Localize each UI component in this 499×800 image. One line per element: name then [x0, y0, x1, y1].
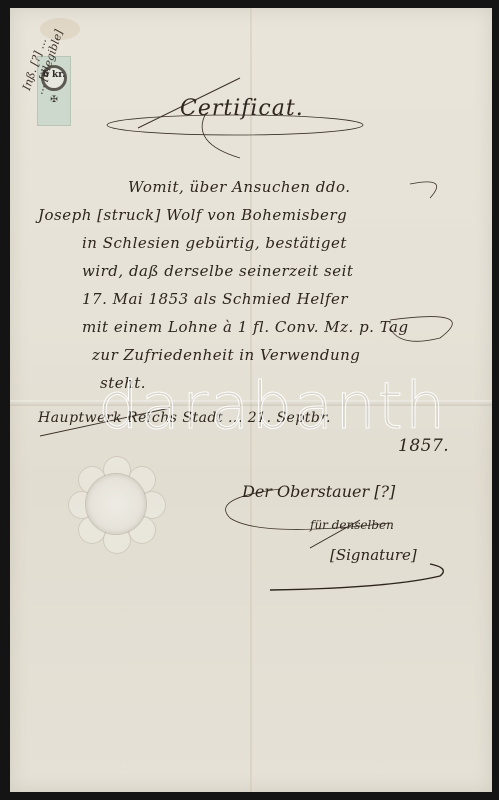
body-line: Womit, über Ansuchen ddo.	[128, 178, 351, 196]
signature: [Signature]	[330, 546, 417, 564]
body-line: Joseph [struck] Wolf von Bohemisberg	[38, 206, 347, 224]
body-line: zur Zufriedenheit in Verwendung	[92, 346, 360, 364]
embossed-seal-icon	[68, 456, 164, 552]
document-title: Certificat.	[180, 96, 304, 121]
body-line: wird, daß derselbe seinerzeit seit	[82, 262, 353, 280]
body-line: 17. Mai 1853 als Schmied Helfer	[82, 290, 348, 308]
watermark: darabanth	[98, 370, 447, 444]
body-line: in Schlesien gebürtig, bestätiget	[82, 234, 347, 252]
body-line: mit einem Lohne à 1 fl. Conv. Mz. p. Tag	[82, 318, 409, 336]
document-page: 6 kr. ✠ Inß. [?] ... ... [illegible] Cer…	[10, 8, 492, 792]
signature-title: Der Oberstauer [?]	[242, 482, 395, 501]
signature-for: für denselben	[310, 518, 394, 532]
